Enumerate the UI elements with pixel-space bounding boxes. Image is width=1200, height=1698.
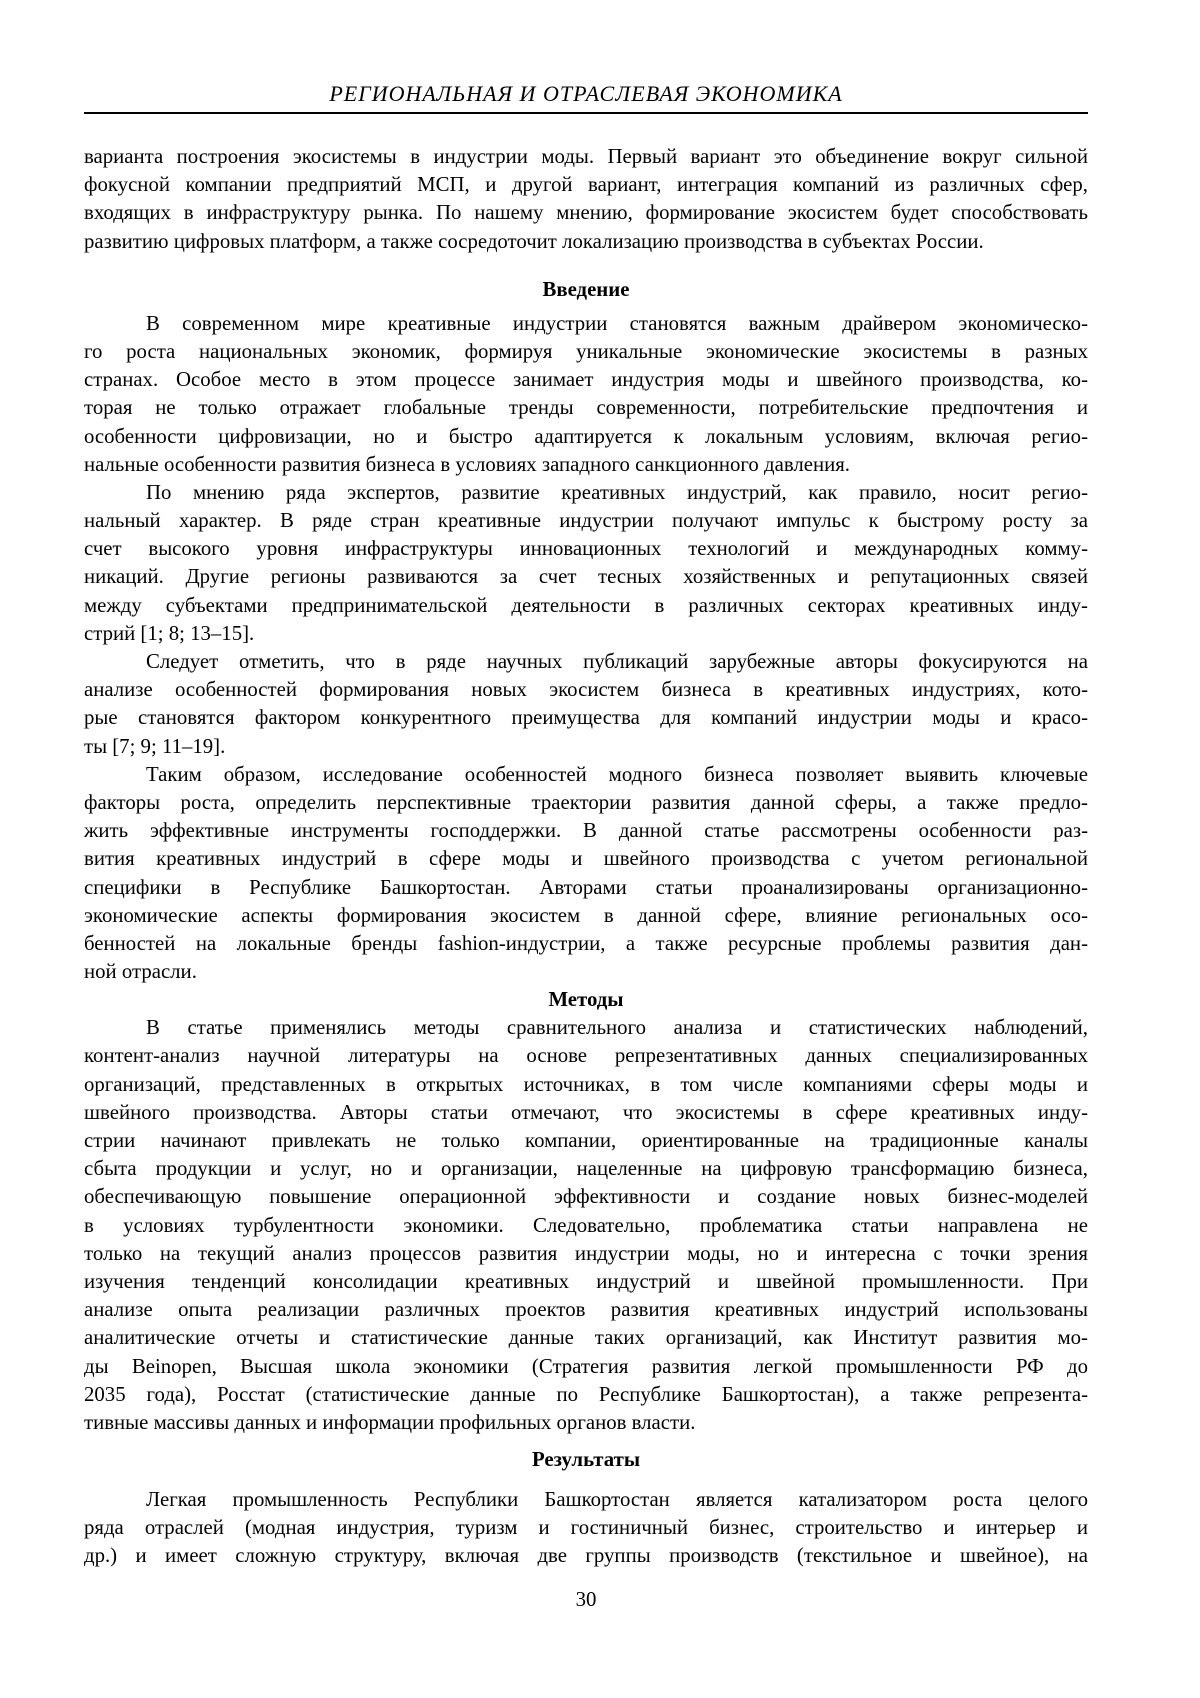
text-line: только на текущий анализ процессов разви… xyxy=(84,1240,1088,1268)
section-heading: Методы xyxy=(84,986,1088,1014)
section-heading: Введение xyxy=(84,276,1088,304)
section-heading: Результаты xyxy=(84,1446,1088,1474)
text-line: В статье применялись методы сравнительно… xyxy=(84,1014,1088,1042)
text-line: ты [7; 9; 11–19]. xyxy=(84,733,1088,761)
text-line: анализе особенностей формирования новых … xyxy=(84,676,1088,704)
text-line: бенностей на локальные бренды fashion-ин… xyxy=(84,930,1088,958)
text-line: тивные массивы данных и информации профи… xyxy=(84,1409,1088,1437)
text-line: фокусной компании предприятий МСП, и дру… xyxy=(84,171,1088,199)
text-line: жить эффективные инструменты господдержк… xyxy=(84,817,1088,845)
paragraph: В статье применялись методы сравнительно… xyxy=(84,1014,1088,1437)
text-line: анализе опыта реализации различных проек… xyxy=(84,1296,1088,1324)
page-number: 30 xyxy=(84,1586,1088,1614)
text-line: Таким образом, исследование особенностей… xyxy=(84,761,1088,789)
text-line: контент-анализ научной литературы на осн… xyxy=(84,1042,1088,1070)
text-line: развитию цифровых платформ, а также соср… xyxy=(84,228,1088,256)
text-line: нальные особенности развития бизнеса в у… xyxy=(84,451,1088,479)
text-line: сбыта продукции и услуг, но и организаци… xyxy=(84,1155,1088,1183)
text-line: ряда отраслей (модная индустрия, туризм … xyxy=(84,1514,1088,1542)
text-line: ды Beinopen, Высшая школа экономики (Стр… xyxy=(84,1353,1088,1381)
text-line: По мнению ряда экспертов, развитие креат… xyxy=(84,479,1088,507)
text-column: РЕГИОНАЛЬНАЯ И ОТРАСЛЕВАЯ ЭКОНОМИКА вари… xyxy=(84,80,1088,1614)
text-line: организаций, представленных в открытых и… xyxy=(84,1071,1088,1099)
section-2: МетодыВ статье применялись методы сравни… xyxy=(84,986,1088,1437)
paragraph: В современном мире креативные индустрии … xyxy=(84,310,1088,479)
paragraph: варианта построения экосистемы в индустр… xyxy=(84,143,1088,256)
text-line: др.) и имеет сложную структуру, включая … xyxy=(84,1542,1088,1570)
text-line: входящих в инфраструктуру рынка. По наше… xyxy=(84,199,1088,227)
text-line: ной отрасли. xyxy=(84,958,1088,986)
text-line: обеспечивающую повышение операционной эф… xyxy=(84,1183,1088,1211)
running-head: РЕГИОНАЛЬНАЯ И ОТРАСЛЕВАЯ ЭКОНОМИКА xyxy=(84,80,1088,108)
text-line: В современном мире креативные индустрии … xyxy=(84,310,1088,338)
section-1: ВведениеВ современном мире креативные ин… xyxy=(84,276,1088,987)
text-line: швейного производства. Авторы статьи отм… xyxy=(84,1099,1088,1127)
paragraph: Таким образом, исследование особенностей… xyxy=(84,761,1088,987)
text-line: факторы роста, определить перспективные … xyxy=(84,789,1088,817)
text-line: никаций. Другие регионы развиваются за с… xyxy=(84,563,1088,591)
text-line: стрий [1; 8; 13–15]. xyxy=(84,620,1088,648)
text-line: странах. Особое место в этом процессе за… xyxy=(84,366,1088,394)
text-line: в условиях турбулентности экономики. Сле… xyxy=(84,1212,1088,1240)
text-line: специфики в Республике Башкортостан. Авт… xyxy=(84,874,1088,902)
text-line: торая не только отражает глобальные трен… xyxy=(84,394,1088,422)
paragraph: Следует отметить, что в ряде научных пуб… xyxy=(84,648,1088,761)
paragraph: Легкая промышленность Республики Башкорт… xyxy=(84,1486,1088,1571)
paragraph: По мнению ряда экспертов, развитие креат… xyxy=(84,479,1088,648)
section-3: РезультатыЛегкая промышленность Республи… xyxy=(84,1446,1088,1571)
text-line: варианта построения экосистемы в индустр… xyxy=(84,143,1088,171)
text-line: аналитические отчеты и статистические да… xyxy=(84,1324,1088,1352)
text-line: вития креативных индустрий в сфере моды … xyxy=(84,845,1088,873)
document-page: РЕГИОНАЛЬНАЯ И ОТРАСЛЕВАЯ ЭКОНОМИКА вари… xyxy=(0,0,1200,1698)
text-line: между субъектами предпринимательской дея… xyxy=(84,592,1088,620)
text-line: 2035 года), Росстат (статистические данн… xyxy=(84,1381,1088,1409)
section-continuation: варианта построения экосистемы в индустр… xyxy=(84,143,1088,256)
text-line: го роста национальных экономик, формируя… xyxy=(84,338,1088,366)
text-line: Легкая промышленность Республики Башкорт… xyxy=(84,1486,1088,1514)
article-body: варианта построения экосистемы в индустр… xyxy=(84,143,1088,1571)
text-line: экономические аспекты формирования экоси… xyxy=(84,902,1088,930)
text-line: счет высокого уровня инфраструктуры инно… xyxy=(84,535,1088,563)
text-line: особенности цифровизации, но и быстро ад… xyxy=(84,423,1088,451)
text-line: стрии начинают привлекать не только комп… xyxy=(84,1127,1088,1155)
text-line: рые становятся фактором конкурентного пр… xyxy=(84,704,1088,732)
text-line: изучения тенденций консолидации креативн… xyxy=(84,1268,1088,1296)
text-line: Следует отметить, что в ряде научных пуб… xyxy=(84,648,1088,676)
header-rule xyxy=(84,112,1088,114)
text-line: нальный характер. В ряде стран креативны… xyxy=(84,507,1088,535)
